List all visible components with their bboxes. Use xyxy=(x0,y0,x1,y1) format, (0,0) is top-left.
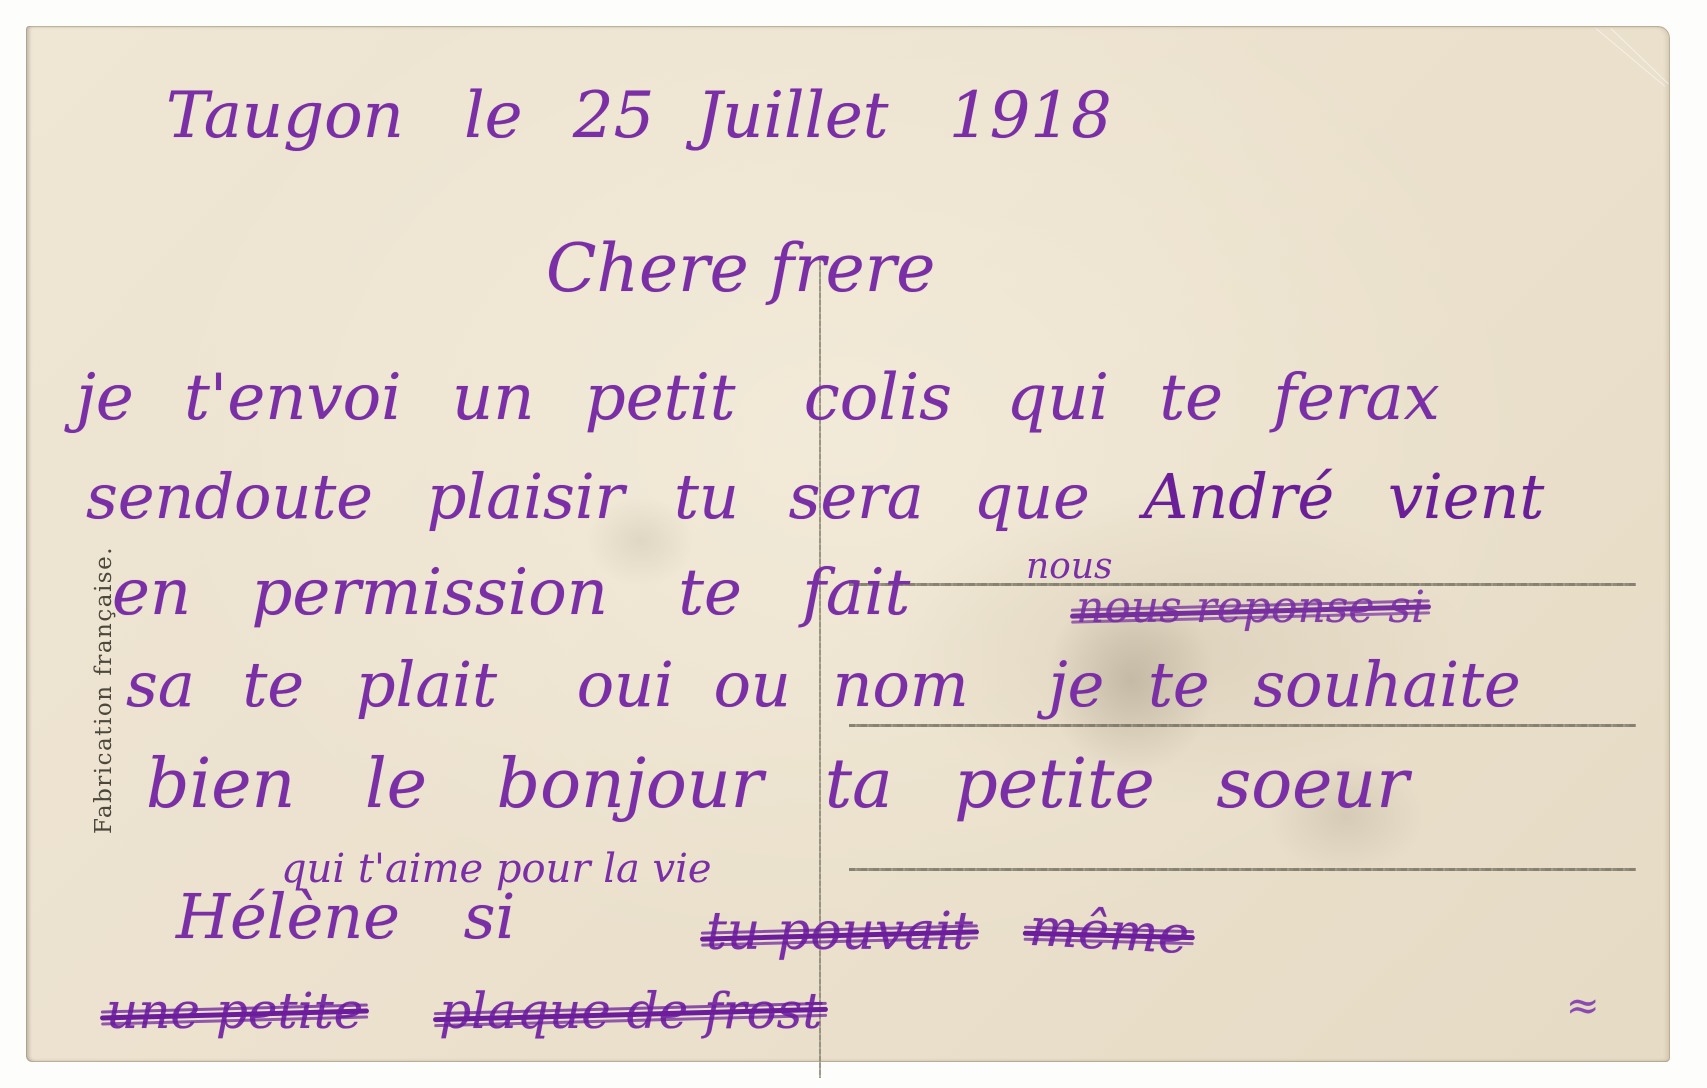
date-year: 1918 xyxy=(949,79,1112,153)
word: petit xyxy=(585,361,736,435)
salutation: Chere frere xyxy=(546,236,935,302)
word: si xyxy=(464,880,516,953)
word: bonjour xyxy=(497,745,764,824)
postcard-back: Fabrication française. Taugon le 25 Juil… xyxy=(26,26,1670,1062)
letter-line-6: Hélène si xyxy=(176,886,515,948)
corner-crease xyxy=(1611,28,1669,84)
word: colis xyxy=(804,361,952,435)
word: je xyxy=(1048,648,1104,721)
struck-text-line-6: tu pouvait même xyxy=(706,906,1190,958)
word: te xyxy=(678,556,742,630)
word: ta xyxy=(825,745,893,824)
word: un xyxy=(452,361,534,435)
struck-word: tu pouvait xyxy=(706,906,973,958)
date-day: 25 xyxy=(573,79,654,153)
address-line-3 xyxy=(849,868,1636,871)
address-line-2 xyxy=(849,724,1636,727)
word: fait xyxy=(802,556,910,630)
struck-word: nous reponse si xyxy=(1076,586,1425,630)
letter-line-5: bien le bonjour ta petite soeur xyxy=(146,751,1409,819)
word: en xyxy=(112,556,191,630)
word: permission xyxy=(251,556,608,630)
word: sendoute xyxy=(86,460,373,533)
struck-word: une petite xyxy=(106,986,363,1036)
word: bien xyxy=(146,745,295,824)
struck-word: plaque de frost xyxy=(439,986,822,1036)
word: plait xyxy=(356,648,497,721)
word: te xyxy=(1148,648,1210,721)
word: vient xyxy=(1388,460,1544,533)
word: te xyxy=(243,648,305,721)
word: tu xyxy=(674,460,739,533)
insertion-above-line-3: nous xyxy=(1026,546,1113,587)
scribble-right: ≈ xyxy=(1566,986,1600,1026)
corner-crease xyxy=(1596,28,1666,87)
word-andre: André xyxy=(1144,460,1335,533)
scanned-postcard: Fabrication française. Taugon le 25 Juil… xyxy=(0,0,1707,1088)
word: souhaite xyxy=(1253,648,1520,721)
struck-word: même xyxy=(1028,902,1191,962)
date-prefix: le xyxy=(464,79,522,153)
word: nom xyxy=(833,648,969,721)
word: le xyxy=(365,745,427,824)
place-date-heading: Taugon le 25 Juillet 1918 xyxy=(166,84,1112,148)
letter-line-4: sa te plait oui ou nom je te souhaite xyxy=(126,654,1521,716)
word: sera xyxy=(789,460,924,533)
word: qui xyxy=(1006,361,1109,435)
word: soeur xyxy=(1216,745,1408,824)
word: petite xyxy=(954,745,1154,824)
word: te xyxy=(1159,361,1223,435)
word: je xyxy=(76,361,134,435)
word: t'envoi xyxy=(184,361,402,435)
struck-text-line-7: une petite plaque de frost xyxy=(106,986,822,1036)
word: sa xyxy=(126,648,195,721)
word: que xyxy=(973,460,1089,533)
word: oui xyxy=(577,648,674,721)
date-month: Juillet xyxy=(697,79,889,153)
word: plaisir xyxy=(427,460,625,533)
word: ferax xyxy=(1273,361,1439,435)
struck-text-line-3: nous reponse si xyxy=(1076,586,1425,630)
letter-line-2: sendoute plaisir tu sera que André vient xyxy=(86,466,1544,528)
word-helene: Hélène xyxy=(176,880,400,953)
place-name: Taugon xyxy=(166,79,404,153)
letter-line-3: en permission te fait xyxy=(112,561,910,625)
word: ou xyxy=(714,648,791,721)
letter-line-1: je t'envoi un petit colis qui te ferax xyxy=(76,366,1440,430)
